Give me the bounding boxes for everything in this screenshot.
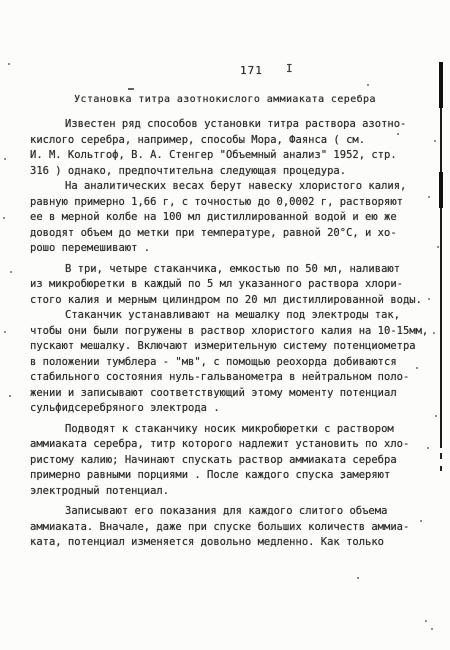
page-number: 171 [240,64,263,77]
scan-speck [416,367,418,369]
document-body: Известен ряд способов установки титра ра… [30,117,438,551]
scan-speck [10,271,12,273]
paragraph: Записывают его показания для каждого сли… [30,504,438,551]
scan-speck [367,84,369,86]
scan-speck [431,628,433,630]
scan-edge-thick-segment [439,172,443,208]
scan-speck [434,140,436,142]
stray-mark: I [286,62,293,75]
paragraph: На аналитических весах берут навеску хло… [30,179,438,257]
scan-speck [397,133,399,135]
scan-speck [3,217,5,219]
scan-speck [357,577,359,579]
scan-speck [9,395,11,397]
scan-speck [427,447,429,449]
scan-speck [4,331,6,333]
scan-speck [341,477,343,479]
scan-speck [420,520,422,522]
scan-edge-dash [440,453,442,459]
scan-edge-dash [440,466,442,471]
scan-speck [428,196,430,198]
scan-speck [433,332,435,334]
scan-speck [128,88,134,90]
scan-speck [437,246,439,248]
paragraph: Подводят к стаканчику носик микробюретки… [30,422,438,500]
scan-speck [425,620,427,622]
scanned-page: 171 I Установка титра азотнокислого амми… [0,0,450,650]
paragraph: Известен ряд способов установки титра ра… [30,117,438,179]
paragraph: Стаканчик устанавливают на мешалку под э… [30,308,438,417]
scan-edge-thick-segment [439,62,443,108]
scan-speck [8,63,10,65]
scan-speck [4,158,6,160]
paragraph: В три, четыре стаканчика, емкостью по 50… [30,262,438,309]
scan-edge-line [440,62,442,448]
scan-speck [428,298,430,300]
section-title: Установка титра азотнокислого аммиаката … [0,94,450,105]
scan-speck [435,415,437,417]
